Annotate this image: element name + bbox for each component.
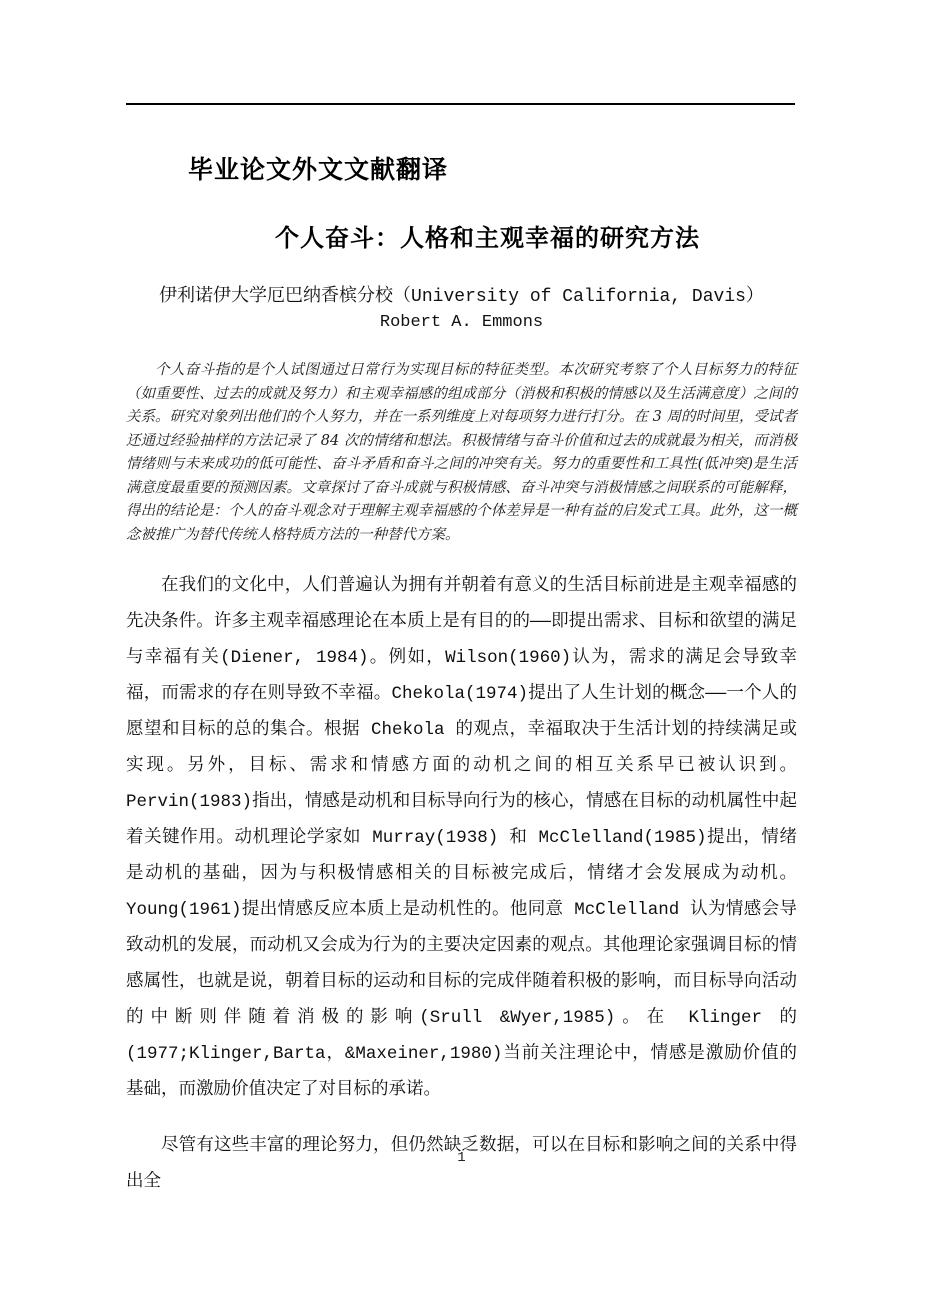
doc-label: 毕业论文外文文献翻译 [188, 155, 797, 185]
header-rule [126, 103, 795, 105]
body-paragraph-1: 在我们的文化中，人们普遍认为拥有并朝着有意义的生活目标前进是主观幸福感的先决条件… [126, 568, 797, 1108]
page-number: 1 [126, 1150, 797, 1166]
affiliation-line: 伊利诺伊大学厄巴纳香槟分校（University of California, … [126, 286, 797, 308]
abstract-paragraph: 个人奋斗指的是个人试图通过日常行为实现目标的特征类型。本次研究考察了个人目标努力… [126, 359, 797, 547]
document-page: 毕业论文外文文献翻译 个人奋斗：人格和主观幸福的研究方法 伊利诺伊大学厄巴纳香槟… [126, 0, 797, 1309]
author-line: Robert A. Emmons [126, 312, 797, 333]
article-title: 个人奋斗：人格和主观幸福的研究方法 [152, 225, 823, 253]
